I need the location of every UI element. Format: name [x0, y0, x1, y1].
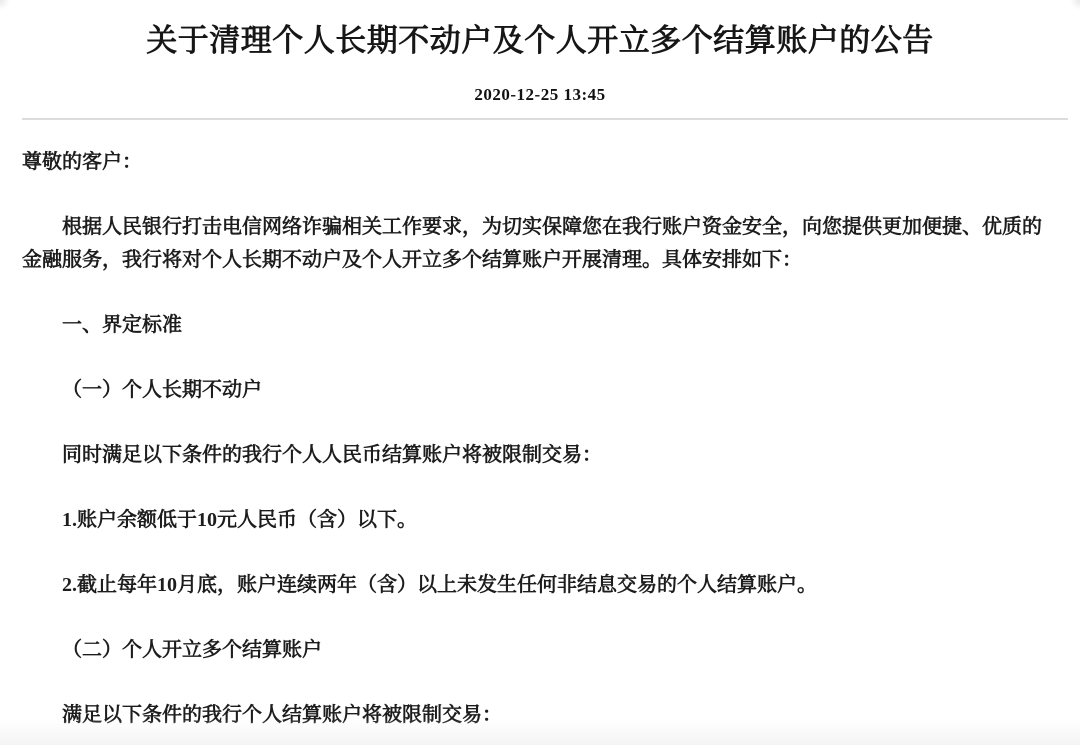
announcement-header: 关于清理个人长期不动户及个人开立多个结算账户的公告 2020-12-25 13:… [0, 0, 1080, 105]
subsection-1-1-heading: （一）个人长期不动户 [22, 374, 1060, 407]
page-title: 关于清理个人长期不动户及个人开立多个结算账户的公告 [110, 21, 970, 61]
subsection-1-2-heading: （二）个人开立多个结算账户 [22, 634, 1060, 667]
announcement-body: 尊敬的客户： 根据人民银行打击电信网络诈骗相关工作要求，为切实保障您在我行账户资… [0, 146, 1080, 732]
announcement-page: 关于清理个人长期不动户及个人开立多个结算账户的公告 2020-12-25 13:… [0, 0, 1080, 745]
subsection-1-1-intro: 同时满足以下条件的我行个人人民币结算账户将被限制交易： [22, 439, 1060, 472]
condition-item-2: 2.截止每年10月底，账户连续两年（含）以上未发生任何非结息交易的个人结算账户。 [22, 569, 1060, 602]
subsection-1-2-intro: 满足以下条件的我行个人结算账户将被限制交易： [22, 699, 1060, 732]
intro-paragraph: 根据人民银行打击电信网络诈骗相关工作要求，为切实保障您在我行账户资金安全，向您提… [9, 211, 1060, 277]
condition-item-1: 1.账户余额低于10元人民币（含）以下。 [22, 504, 1060, 537]
section-1-heading: 一、界定标准 [22, 309, 1060, 342]
publish-date: 2020-12-25 13:45 [0, 85, 1080, 105]
header-divider [22, 118, 1068, 120]
salutation: 尊敬的客户： [22, 146, 1060, 179]
